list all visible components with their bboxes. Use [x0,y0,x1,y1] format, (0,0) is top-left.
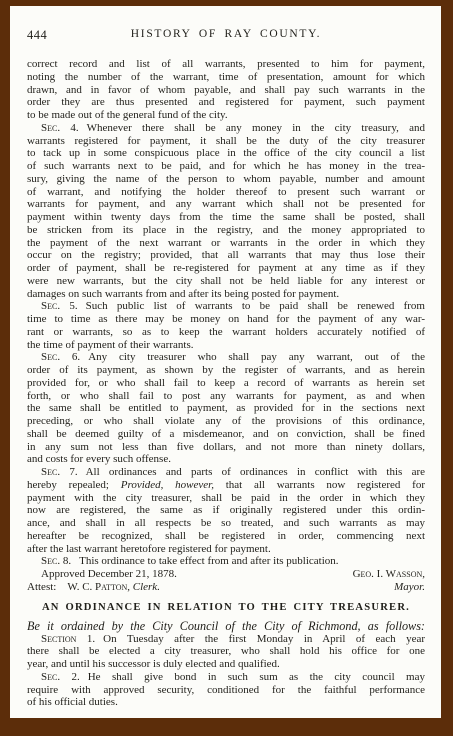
text-line: ance, and shall in all respects be so tr… [27,517,425,530]
text-run: hereafter be recognized, shall be regist… [27,530,425,542]
text-line: rant or warrants, so as to keep the warr… [27,326,425,339]
text-line: were new warrants, but the city shall no… [27,275,425,288]
text-run: On Tuesday after the first Monday in Apr… [103,633,425,645]
text-line: the same shall be entitled to payment, a… [27,402,425,415]
text-line: of warrant, and notifying the holder the… [27,186,425,199]
text-run: sury, giving the name of the person to w… [27,173,425,185]
text-line: require with approved security, conditio… [27,684,425,697]
signature-left: Attest:W. C. Patton, Clerk. [27,581,160,594]
text-line: now are registered, the same as if origi… [27,504,425,517]
text-line: warrants registered for payment, it shal… [27,135,425,148]
section-label: Sec. 7. [41,466,78,478]
text-line: there shall be elected a city treasurer,… [27,645,425,658]
running-title: HISTORY OF RAY COUNTY. [27,28,425,40]
text-line: provided for, or who shall fail to keep … [27,377,425,390]
text-run: of warrant, and notifying the holder the… [27,186,425,198]
text-run: He shall give bond in such sum as the ci… [88,671,425,683]
text-line: the time of payment of their warrants. [27,339,425,352]
text-run: All ordinances and parts of ordinances i… [86,466,425,478]
text-line: of such warrants next to be paid, and fo… [27,160,425,173]
text-line: hereafter be recognized, shall be regist… [27,530,425,543]
text-line: occur on the registry; provided, that al… [27,249,425,262]
text-line: year, and until his successor is duly el… [27,658,425,671]
page-body: 444 HISTORY OF RAY COUNTY. correct recor… [10,28,441,709]
signature-right: Mayor. [394,581,425,594]
scanned-page: 444 HISTORY OF RAY COUNTY. correct recor… [0,0,453,736]
text-run: Attest: [27,581,56,593]
text-run: require with approved security, conditio… [27,684,425,696]
section-label: Sec. 4. [41,122,79,134]
text-line: Sec. 8.This ordinance to take effect fro… [27,555,425,568]
text-run: forth, or who shall fail to post any war… [27,390,425,402]
text-line: Sec. 6.Any city treasurer who shall pay … [27,351,425,364]
text-run: preceding, or who shall violate any of t… [27,415,425,427]
text-run: rant or warrants, so as to keep the warr… [27,326,425,338]
text-run: W. C. Patton, [67,581,132,593]
page-number: 444 [27,28,47,43]
text-run: order of payment, shall be re-registered… [27,262,425,274]
text-run: of such warrants next to be paid, and fo… [27,160,425,172]
text-line: correct record and list of all warrants,… [27,58,425,71]
ordinance-heading: AN ORDINANCE IN RELATION TO THE CITY TRE… [27,601,425,614]
text-run: the time of payment of their warrants. [27,339,193,351]
text-line: noting the number of the warrant, time o… [27,71,425,84]
text-run: payment within twenty days from the time… [27,211,425,223]
text-run: damages on such warrants from and after … [27,288,339,300]
text-line: hereby repealed; Provided, however, that… [27,479,425,492]
text-run: and costs for every such offense. [27,453,171,465]
section-label: Sec. 6. [41,351,80,363]
text-line: Sec. 5.Such public list of warrants to b… [27,300,425,313]
text-line: of his official duties. [27,696,425,709]
text-run: year, and until his successor is duly el… [27,658,280,670]
section-label: Sec. 8. [41,555,71,567]
text-line: forth, or who shall fail to post any war… [27,390,425,403]
enactment-clause: Be it ordained by the City Council of th… [27,619,425,633]
text-run: now are registered, the same as if origi… [27,504,425,516]
text-line: order they are thus presented and regist… [27,96,425,109]
text-run: were new warrants, but the city shall no… [27,275,425,287]
text-run: in any sum not less than five dollars, a… [27,441,425,453]
text-run: drawn, and in favor of whom payable, and… [27,84,425,96]
text-run: order of its payment, as shown by the re… [27,364,425,376]
text-run: warrants for payment, and any warrant wh… [27,198,425,210]
text-run: order they are thus presented and regist… [27,96,425,108]
text-run: Geo. I. Wasson, [353,568,425,580]
text-line: Sec. 7.All ordinances and parts of ordin… [27,466,425,479]
text-run: AN ORDINANCE IN RELATION TO THE CITY TRE… [42,602,410,613]
text-run: Approved December 21, 1878. [41,568,177,580]
text-run: Mayor. [394,581,425,593]
text-run: correct record and list of all warrants,… [27,58,425,70]
text-line: to tack up in some conspicuous place in … [27,147,425,160]
text-line: order of its payment, as shown by the re… [27,364,425,377]
text-run: to tack up in some conspicuous place in … [27,147,425,159]
text-line: in any sum not less than five dollars, a… [27,441,425,454]
text-line: payment within twenty days from the time… [27,211,425,224]
text-run: of his official duties. [27,696,118,708]
text-line: shall be deemed guilty of a misdemeanor,… [27,428,425,441]
signature-left: Approved December 21, 1878. [41,568,177,581]
text-run: there shall be elected a city treasurer,… [27,645,425,657]
text-run: occur on the registry; provided, that al… [27,249,425,261]
text-run: provided for, or who shall fail to keep … [27,377,425,389]
text-line: Sec. 2.He shall give bond in such sum as… [27,671,425,684]
text-run: hereby repealed; [27,479,121,491]
text-run: that all warrants now registered for [214,479,425,491]
signature-row: Attest:W. C. Patton, Clerk.Mayor. [27,581,425,594]
text-line: Section 1.On Tuesday after the first Mon… [27,633,425,646]
text-run: payment with the city treasurer, shall b… [27,492,425,504]
text-run: Any city treasurer who shall pay any war… [88,351,425,363]
text-run: time to time as there may be money on ha… [27,313,425,325]
signature-right: Geo. I. Wasson, [353,568,425,581]
text-line: preceding, or who shall violate any of t… [27,415,425,428]
text-block: correct record and list of all warrants,… [27,58,425,709]
text-run: after the last warrant heretofore regist… [27,543,271,555]
signature-row: Approved December 21, 1878.Geo. I. Wasso… [27,568,425,581]
text-run: warrants registered for payment, it shal… [27,135,425,147]
text-run: This ordinance to take effect from and a… [79,555,338,567]
text-run: Be it ordained by the City Council of th… [27,619,425,633]
section-label: Sec. 2. [41,671,80,683]
text-line: be stricken from its place in the regist… [27,224,425,237]
text-line: sury, giving the name of the person to w… [27,173,425,186]
text-line: order of payment, shall be re-registered… [27,262,425,275]
text-line: drawn, and in favor of whom payable, and… [27,84,425,97]
text-line: and costs for every such offense. [27,453,425,466]
text-run: the same shall be entitled to payment, a… [27,402,425,414]
text-run: noting the number of the warrant, time o… [27,71,425,83]
text-run: Clerk. [133,581,160,593]
text-run: shall be deemed guilty of a misdemeanor,… [27,428,425,440]
text-line: payment with the city treasurer, shall b… [27,492,425,505]
text-run: Such public list of warrants to be paid … [86,300,425,312]
text-run: ance, and shall in all respects be so tr… [27,517,425,529]
page-header: 444 HISTORY OF RAY COUNTY. [27,28,425,43]
text-line: time to time as there may be money on ha… [27,313,425,326]
section-label: Sec. 5. [41,300,78,312]
text-line: to be made out of the general fund of th… [27,109,425,122]
text-run: Whenever there shall be any money in the… [87,122,425,134]
text-run: to be made out of the general fund of th… [27,109,228,121]
text-run: the payment of the next warrant or warra… [27,237,425,249]
text-line: warrants for payment, and any warrant wh… [27,198,425,211]
text-line: Sec. 4.Whenever there shall be any money… [27,122,425,135]
section-label: Section 1. [41,633,95,645]
text-line: after the last warrant heretofore regist… [27,543,425,556]
text-run: Provided, however, [121,479,214,491]
text-run: be stricken from its place in the regist… [27,224,425,236]
text-line: the payment of the next warrant or warra… [27,237,425,250]
text-line: damages on such warrants from and after … [27,288,425,301]
